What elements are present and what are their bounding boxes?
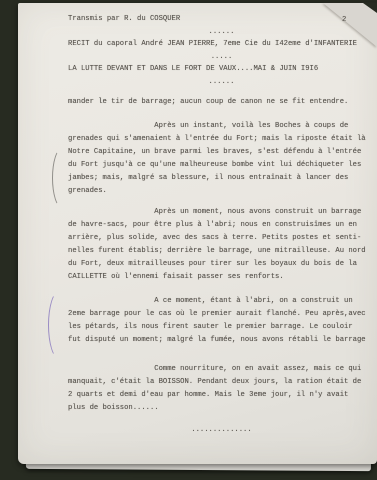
paragraph: Comme nourriture, on en avait assez, mai… xyxy=(68,363,375,415)
document-title-line: LA LUTTE DEVANT ET DANS LE FORT DE VAUX.… xyxy=(68,63,375,76)
text-line: arrière, plus solide, avec des sacs à te… xyxy=(68,232,375,245)
text-line: 2eme barrage pour le cas où le premier a… xyxy=(68,308,375,321)
paragraph: Après un moment, nous avons construit un… xyxy=(68,206,375,284)
transmitted-by-line: Transmis par R. du COSQUER xyxy=(68,13,375,26)
text-line: CAILLETTE où l'ennemi faisait passer ses… xyxy=(68,271,375,284)
text-line: Après un moment, nous avons construit un… xyxy=(68,206,375,219)
paragraph: mander le tir de barrage; aucun coup de … xyxy=(68,96,375,109)
text-line: du Fort, deux mitrailleuses pour tirer s… xyxy=(68,258,375,271)
text-line: Après un instant, voilà les Boches à cou… xyxy=(68,120,375,133)
folded-corner-shadow xyxy=(363,3,377,13)
text-line: grenades. xyxy=(68,185,375,198)
separator-dots: ...... xyxy=(68,76,375,89)
text-line: A ce moment, étant à l'abri, on a constr… xyxy=(68,295,375,308)
recit-title-line: RECIT du caporal André JEAN PIERRE, 7eme… xyxy=(68,38,375,51)
text-line: Notre Capitaine, un brave parmi les brav… xyxy=(68,146,375,159)
text-line: plus de boisson...... xyxy=(68,402,375,415)
text-line: mander le tir de barrage; aucun coup de … xyxy=(68,96,375,109)
paragraph: Après un instant, voilà les Boches à cou… xyxy=(68,120,375,198)
text-line: du Fort jusqu'à ce qu'une malheureuse bo… xyxy=(68,159,375,172)
text-line: fut disputé un moment; malgré la fumée, … xyxy=(68,334,375,347)
footer-dots: .............. xyxy=(68,424,375,437)
text-line: de havre-sacs, pour être plus à l'abri; … xyxy=(68,219,375,232)
photo-background: Transmis par R. du COSQUER 2 ...... RECI… xyxy=(0,0,377,480)
document-page: Transmis par R. du COSQUER 2 ...... RECI… xyxy=(18,3,377,464)
text-line: les pétards, ils nous firent sauter le p… xyxy=(68,321,375,334)
text-line: Comme nourriture, on en avait assez, mai… xyxy=(68,363,375,376)
purple-parenthesis-mark xyxy=(48,291,70,359)
pencil-parenthesis-mark xyxy=(52,148,72,208)
text-line: 2 quarts et demi d'eau par homme. Mais l… xyxy=(68,389,375,402)
text-line: grenades qui s'amenaient à l'entrée du F… xyxy=(68,133,375,146)
paragraph: A ce moment, étant à l'abri, on a constr… xyxy=(68,295,375,347)
text-line: nelles furent établis; derrière le barra… xyxy=(68,245,375,258)
text-line: manquait, c'était la BOISSON. Pendant de… xyxy=(68,376,375,389)
text-line: jambes; mais, malgré sa blessure, il nou… xyxy=(68,172,375,185)
